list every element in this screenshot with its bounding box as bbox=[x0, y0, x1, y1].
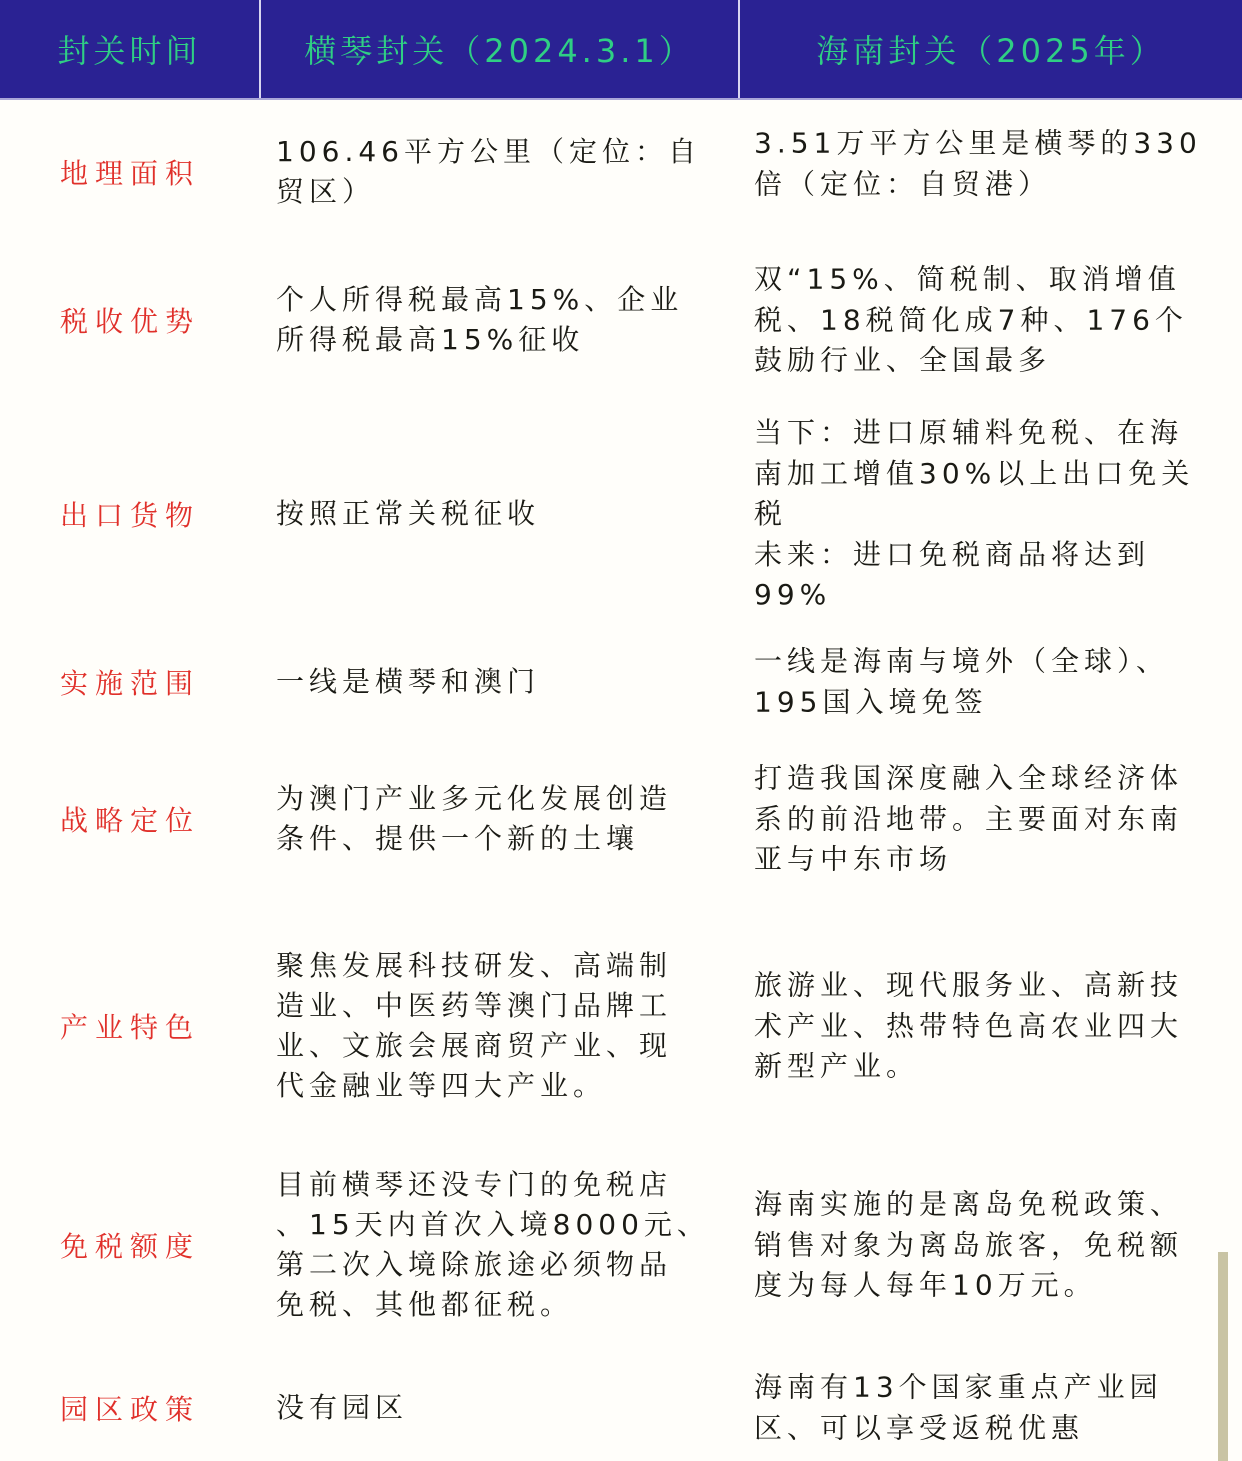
hengqin-cell: 目前横琴还没专门的免税店 、15天内首次入境8000元、 第二次入境除旅途必须物… bbox=[276, 1165, 716, 1325]
hengqin-cell: 为澳门产业多元化发展创造 条件、提供一个新的土壤 bbox=[276, 779, 716, 859]
row-label: 税收优势 bbox=[60, 300, 250, 340]
row-label: 地理面积 bbox=[60, 152, 250, 192]
header-cell-closure-time: 封关时间 bbox=[0, 0, 261, 98]
hengqin-cell: 没有园区 bbox=[276, 1388, 716, 1428]
table-header: 封关时间 横琴封关（2024.3.1） 海南封关（2025年） bbox=[0, 0, 1242, 100]
hainan-cell: 当下：进口原辅料免税、在海 南加工增值30%以上出口免关 税 未来：进口免税商品… bbox=[754, 413, 1234, 616]
row-label: 出口货物 bbox=[60, 494, 250, 534]
header-cell-hainan: 海南封关（2025年） bbox=[740, 0, 1242, 98]
hainan-cell: 海南实施的是离岛免税政策、 销售对象为离岛旅客，免税额 度为每人每年10万元。 bbox=[754, 1184, 1234, 1306]
hengqin-cell: 聚焦发展科技研发、高端制 造业、中医药等澳门品牌工 业、文旅会展商贸产业、现 代… bbox=[276, 946, 716, 1106]
hainan-cell: 打造我国深度融入全球经济体 系的前沿地带。主要面对东南 亚与中东市场 bbox=[754, 758, 1234, 880]
hengqin-cell: 按照正常关税征收 bbox=[276, 494, 716, 534]
hengqin-cell: 一线是横琴和澳门 bbox=[276, 662, 716, 702]
header-cell-hengqin: 横琴封关（2024.3.1） bbox=[261, 0, 740, 98]
hainan-cell: 双“15%、简税制、取消增值 税、18税简化成7种、176个 鼓励行业、全国最多 bbox=[754, 259, 1234, 381]
hainan-cell: 海南有13个国家重点产业园 区、可以享受返税优惠 bbox=[754, 1368, 1234, 1449]
row-label: 实施范围 bbox=[60, 662, 250, 702]
hengqin-cell: 106.46平方公里（定位：自 贸区） bbox=[276, 132, 716, 212]
hengqin-cell: 个人所得税最高15%、企业 所得税最高15%征收 bbox=[276, 280, 716, 360]
row-label: 战略定位 bbox=[60, 799, 250, 839]
scrollbar-thumb[interactable] bbox=[1218, 1252, 1228, 1461]
hainan-cell: 3.51万平方公里是横琴的330 倍（定位：自贸港） bbox=[754, 124, 1234, 205]
hainan-cell: 一线是海南与境外（全球）、 195国入境免签 bbox=[754, 642, 1234, 723]
hainan-cell: 旅游业、现代服务业、高新技 术产业、热带特色高农业四大 新型产业。 bbox=[754, 965, 1234, 1087]
row-label: 园区政策 bbox=[60, 1388, 250, 1428]
row-label: 产业特色 bbox=[60, 1006, 250, 1046]
row-label: 免税额度 bbox=[60, 1225, 250, 1265]
